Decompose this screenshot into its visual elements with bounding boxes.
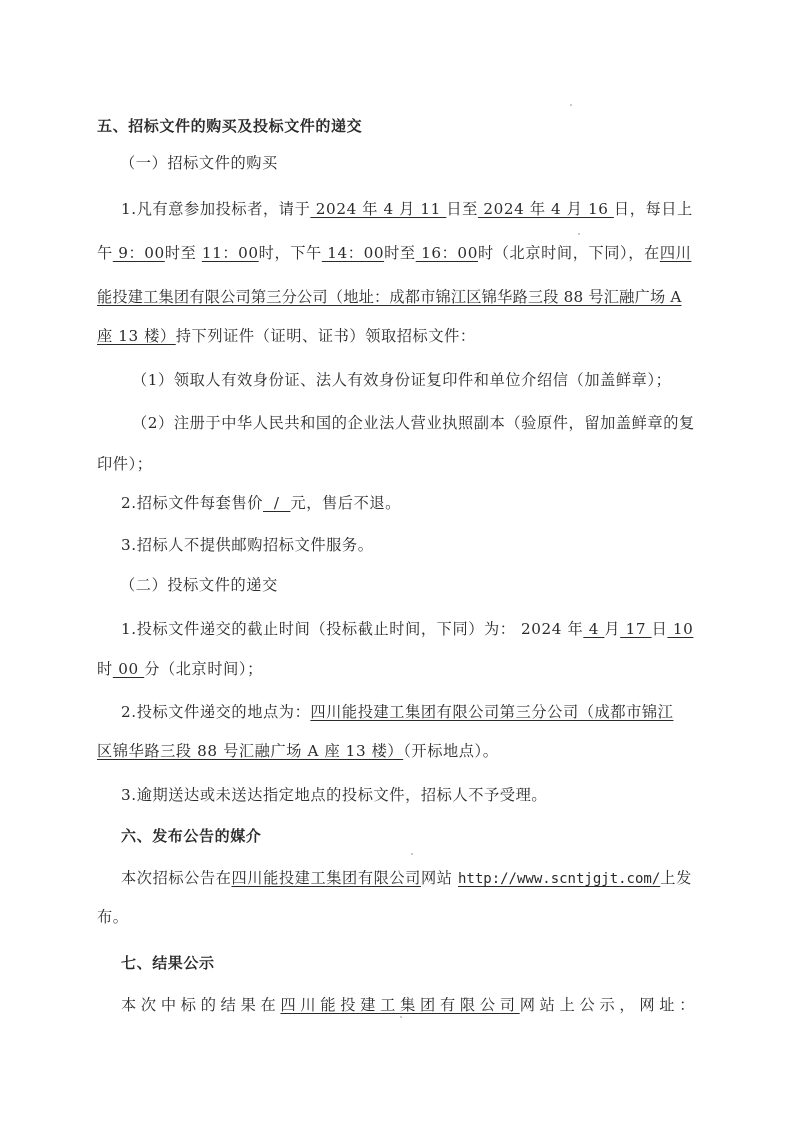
section-6-body-line-1: 本次招标公告在四川能投建工集团有限公司网站 http://www.scntjgj…	[121, 868, 699, 889]
purchase-place-start: 四川	[660, 244, 692, 262]
submission-place-end: 区锦华路三段 88 号汇融广场 A 座 13 楼）	[97, 742, 403, 760]
purchase-item-1-line-4: 座 13 楼）持下列证件（证明、证书）领取招标文件：	[97, 326, 699, 346]
am-end-time: 11：00	[202, 244, 259, 262]
required-doc-2-line-2: 印件）；	[97, 454, 699, 474]
scan-speck	[400, 1016, 402, 1018]
scan-speck	[411, 853, 413, 855]
company-name-link: 四川能投建工集团有限公司	[232, 869, 421, 887]
purchase-end-date: 2024 年 4 月 16	[478, 200, 614, 218]
required-doc-1: （1）领取人有效身份证、法人有效身份证复印件和单位介绍信（加盖鲜章）；	[132, 370, 710, 390]
scan-speck	[570, 104, 572, 106]
section-7-heading: 七、结果公示	[121, 953, 699, 973]
website-url[interactable]: http://www.scntjgjt.com/	[458, 871, 660, 887]
am-start-time: 9：00	[113, 244, 165, 262]
purchase-item-1-line-1: 1.凡有意参加投标者，请于 2024 年 4 月 11 日至 2024 年 4 …	[121, 199, 699, 219]
subsection-1-heading: （一）招标文件的购买	[120, 153, 698, 173]
document-page: 五、招标文件的购买及投标文件的递交 （一）招标文件的购买 1.凡有意参加投标者，…	[0, 0, 794, 1122]
scan-speck	[578, 233, 580, 235]
deadline-hour: 10	[667, 620, 693, 638]
deadline-minute: 00	[113, 660, 144, 678]
purchase-start-date: 2024 年 4 月 11	[310, 200, 446, 218]
section-5-heading: 五、招标文件的购买及投标文件的递交	[97, 116, 699, 136]
submission-item-1-line-1: 1.投标文件递交的截止时间（投标截止时间，下同）为： 2024 年 4 月 17…	[121, 619, 699, 639]
submission-item-3: 3.逾期送达或未送达指定地点的投标文件，招标人不予受理。	[121, 785, 699, 805]
document-price: /	[263, 494, 290, 512]
section-7-body-line-1: 本次中标的结果在四川能投建工集团有限公司网站上公示，网址：	[121, 995, 699, 1015]
required-doc-2-line-1: （2）注册于中华人民共和国的企业法人营业执照副本（验原件，留加盖鲜章的复	[132, 413, 699, 433]
section-6-body-line-2: 布。	[97, 907, 699, 927]
submission-item-2-line-1: 2.投标文件递交的地点为：四川能投建工集团有限公司第三分公司（成都市锦江	[121, 702, 699, 722]
purchase-item-2: 2.招标文件每套售价 / 元，售后不退。	[121, 493, 699, 513]
submission-item-1-line-2: 时 00 分（北京时间）；	[97, 659, 699, 679]
submission-place-start: 四川能投建工集团有限公司第三分公司（成都市锦江	[310, 703, 673, 721]
purchase-place-end: 座 13 楼）	[97, 327, 176, 345]
section-6-heading: 六、发布公告的媒介	[121, 826, 699, 846]
company-name-link-2: 四川能投建工集团有限公司	[280, 996, 519, 1014]
subsection-2-heading: （二）投标文件的递交	[120, 575, 698, 595]
pm-end-time: 16：00	[416, 244, 478, 262]
pm-start-time: 14：00	[322, 244, 384, 262]
deadline-month: 4	[583, 620, 604, 638]
submission-item-2-line-2: 区锦华路三段 88 号汇融广场 A 座 13 楼）（开标地点）。	[97, 741, 699, 761]
deadline-day: 17	[620, 620, 651, 638]
purchase-place-address: 能投建工集团有限公司第三分公司（地址：成都市锦江区锦华路三段 88 号汇融广场 …	[97, 288, 682, 306]
purchase-item-1-line-3: 能投建工集团有限公司第三分公司（地址：成都市锦江区锦华路三段 88 号汇融广场 …	[97, 287, 699, 307]
purchase-item-1-line-2: 午 9：00时至 11：00时，下午 14：00时至 16：00时（北京时间，下…	[97, 243, 699, 263]
purchase-item-3: 3.招标人不提供邮购招标文件服务。	[121, 535, 699, 555]
